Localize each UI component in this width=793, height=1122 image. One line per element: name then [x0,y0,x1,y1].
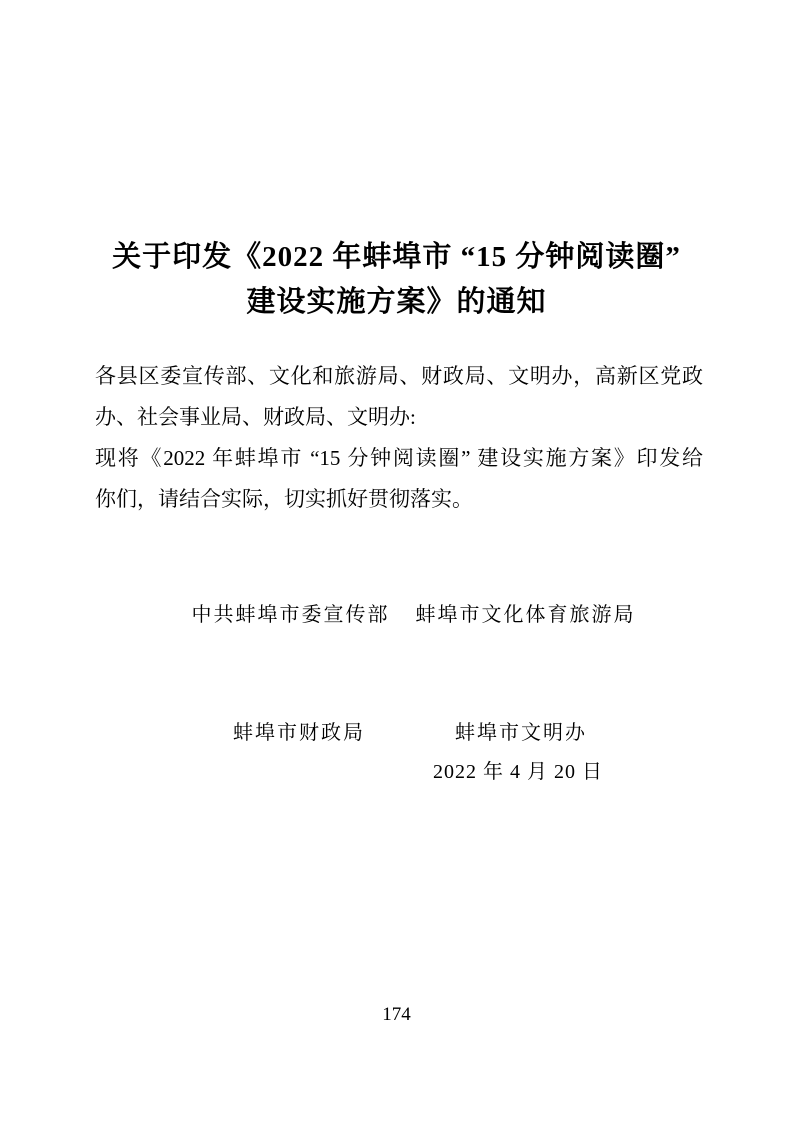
document-page: 关于印发《2022 年蚌埠市 “15 分钟阅读圈” 建设实施方案》的通知 各县区… [0,0,793,1122]
notice-title-line-1: 关于印发《2022 年蚌埠市 “15 分钟阅读圈” [0,235,793,280]
signature-org-propaganda-dept: 中共蚌埠市委宣传部 [192,601,390,629]
signature-org-culture-sports-tourism-bureau: 蚌埠市文化体育旅游局 [416,601,636,629]
signature-date: 2022 年 4 月 20 日 [433,758,603,786]
notice-body: 各县区委宣传部、文化和旅游局、财政局、文明办，高新区党政 办、社会事业局、财政局… [95,356,703,520]
body-line-1: 现将《2022 年蚌埠市 “15 分钟阅读圈” 建设实施方案》印发给 [95,438,703,479]
signature-org-finance-bureau: 蚌埠市财政局 [233,719,365,747]
recipients-line-2: 办、社会事业局、财政局、文明办: [95,397,703,438]
signature-row-1: 中共蚌埠市委宣传部 蚌埠市文化体育旅游局 [0,601,793,629]
page-number: 174 [0,1003,793,1027]
recipients-line-1: 各县区委宣传部、文化和旅游局、财政局、文明办，高新区党政 [95,356,703,397]
notice-title-line-2: 建设实施方案》的通知 [0,280,793,325]
notice-title: 关于印发《2022 年蚌埠市 “15 分钟阅读圈” 建设实施方案》的通知 [0,235,793,325]
body-line-2: 你们，请结合实际，切实抓好贯彻落实。 [95,479,703,520]
signature-org-civilization-office: 蚌埠市文明办 [455,719,587,747]
